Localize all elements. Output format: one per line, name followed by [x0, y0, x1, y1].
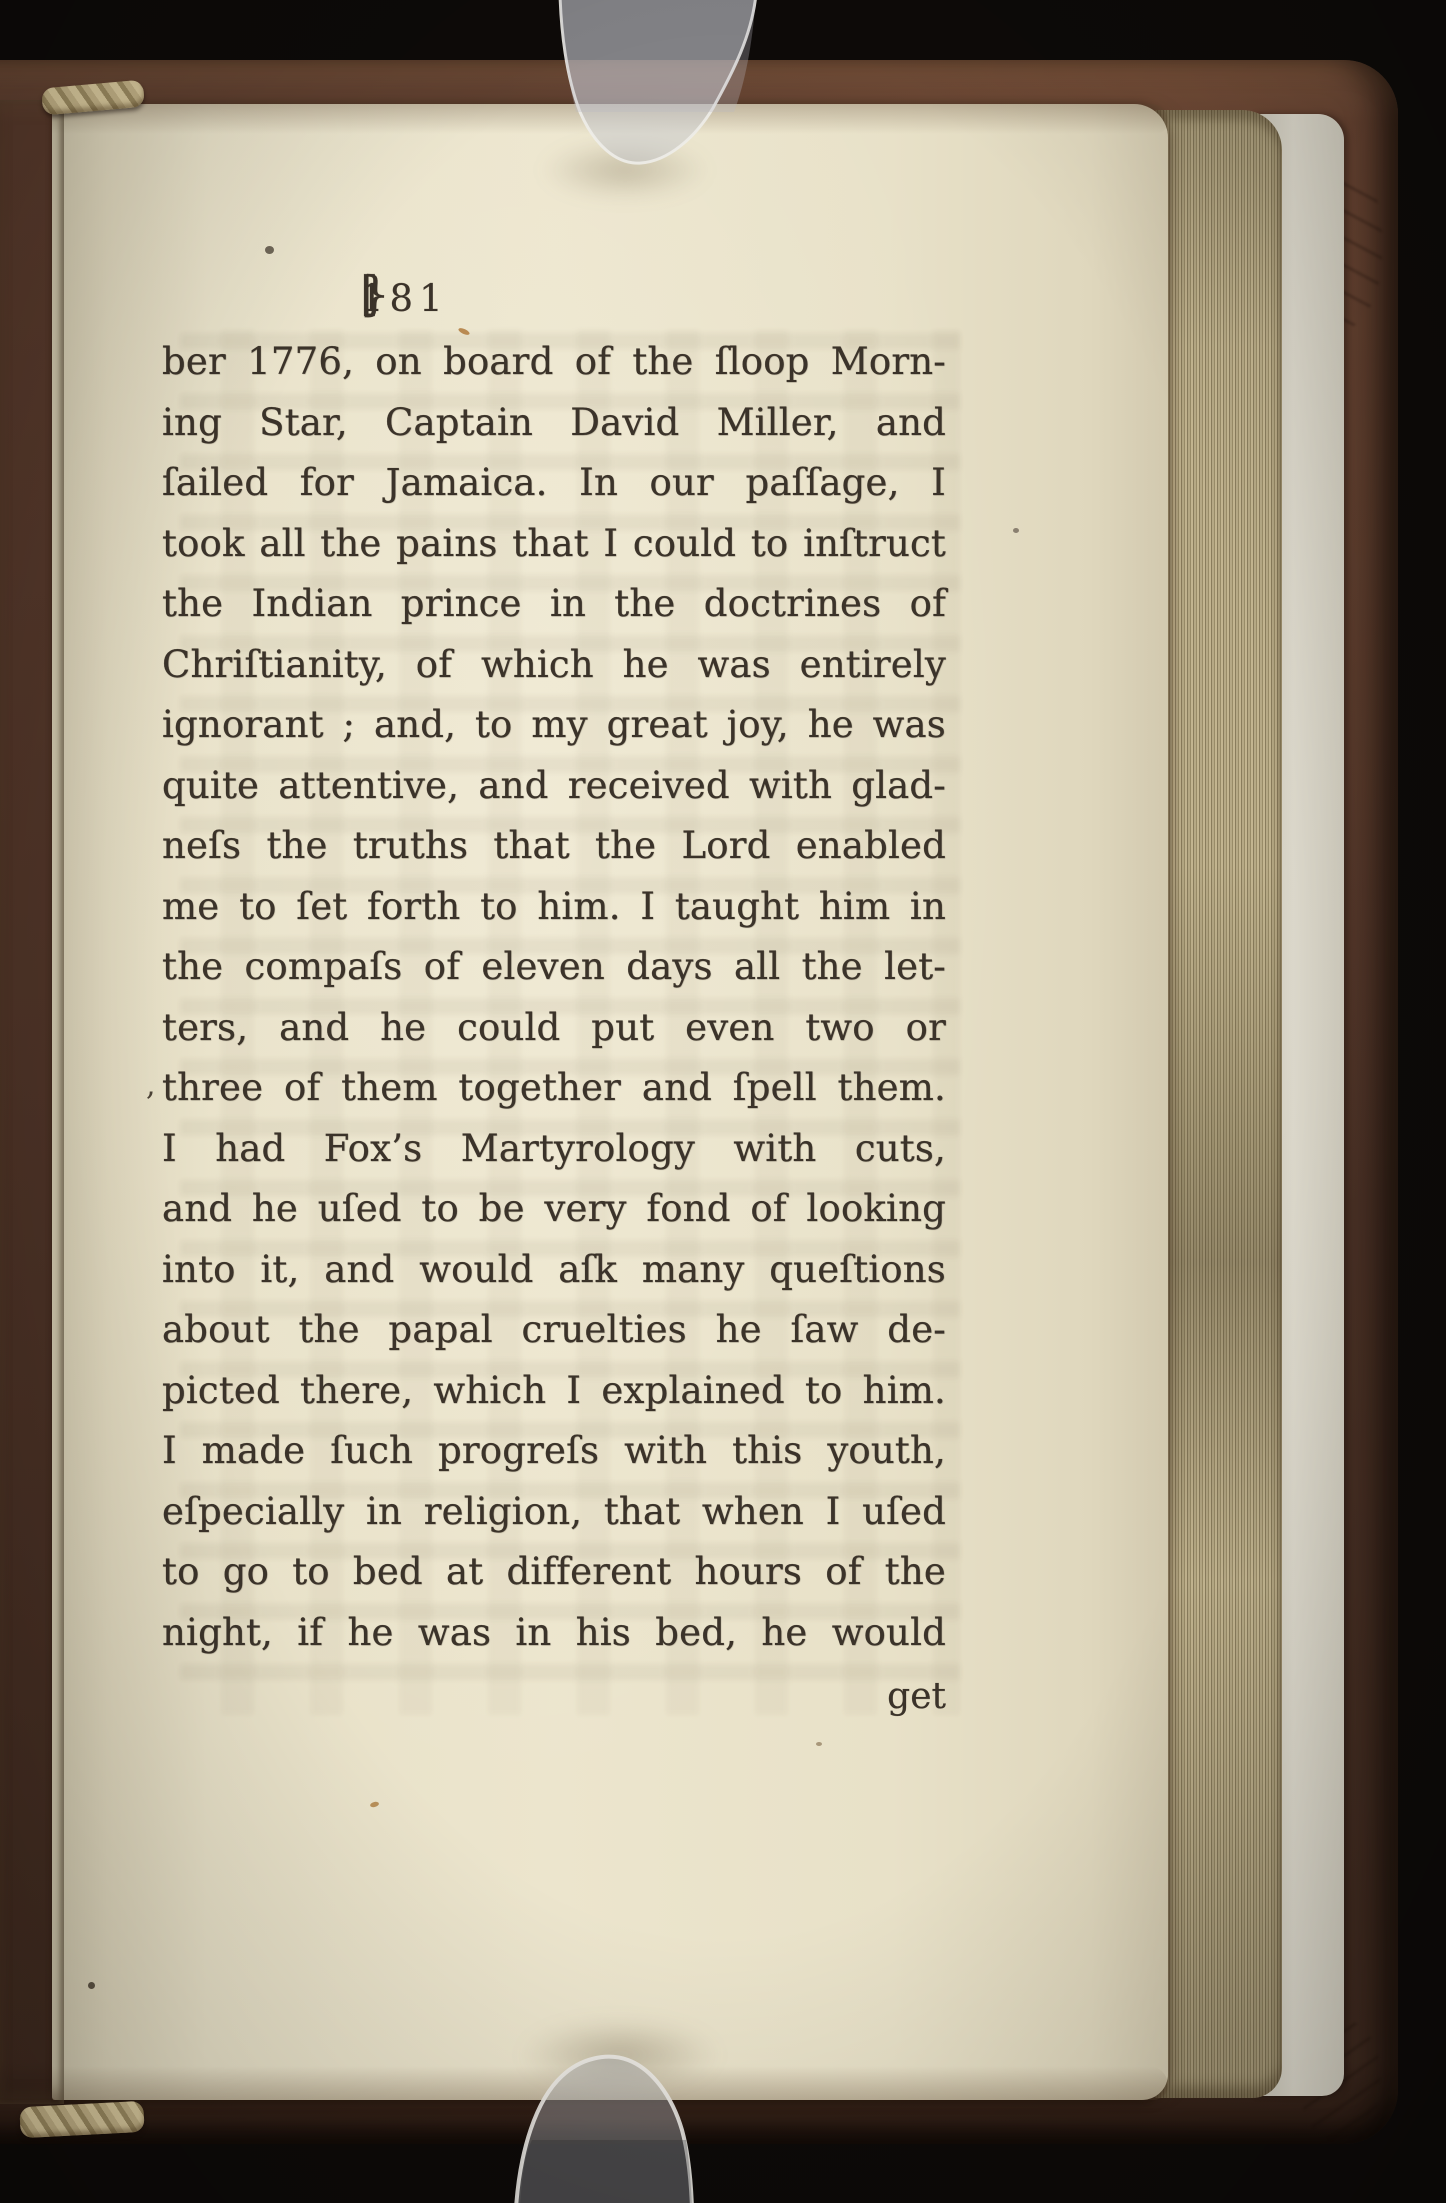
text-line: eſpecially in religion, that when I uſed — [162, 1486, 946, 1538]
text-line: to go to bed at different hours of the — [162, 1546, 946, 1598]
text-line: three of them together and ſpell them. — [162, 1062, 946, 1114]
book-strap-bottom-dark — [520, 2140, 692, 2203]
page-block-fore-edge — [1152, 110, 1282, 2098]
strap-shadow-bottom — [520, 2020, 720, 2090]
text-line: I had Fox’s Martyrology with cuts, — [162, 1123, 946, 1175]
text-line: neſs the truths that the Lord enabled — [162, 820, 946, 872]
text-line: about the papal cruelties he ſaw de- — [162, 1304, 946, 1356]
paper-speck — [88, 1982, 95, 1989]
text-line: into it, and would aſk many queſtions — [162, 1244, 946, 1296]
text-line: the Indian prince in the doctrines of — [162, 578, 946, 630]
text-line: I made ſuch progreſs with this youth, — [162, 1425, 946, 1477]
text-line: ber 1776, on board of the ſloop Morn- — [162, 336, 946, 388]
paper-speck — [816, 1742, 822, 1746]
paper-speck — [1013, 528, 1019, 533]
text-line: quite attentive, and received with glad- — [162, 760, 946, 812]
text-line: and he uſed to be very fond of looking — [162, 1183, 946, 1235]
strap-shadow-top — [540, 140, 710, 200]
text-line: the compaſs of eleven days all the let- — [162, 941, 946, 993]
close-bracket: } — [359, 267, 392, 322]
text-line: me to ſet forth to him. I taught him in — [162, 881, 946, 933]
text-line: picted there, which I explained to him. — [162, 1365, 946, 1417]
text-line: ignorant ; and, to my great joy, he was — [162, 699, 946, 751]
facing-page-edge — [0, 100, 64, 2104]
paper-speck — [265, 246, 274, 254]
stray-ink-mark: , — [146, 1068, 156, 1103]
book-photo: [ 181 } ber 1776, on board of the ſloop … — [0, 0, 1446, 2203]
text-line: ing Star, Captain David Miller, and — [162, 397, 946, 449]
text-line: took all the pains that I could to inſtr… — [162, 518, 946, 570]
text-line: ſailed for Jamaica. In our paſſage, I — [162, 457, 946, 509]
catchword: get — [887, 1676, 946, 1717]
headband-bottom — [19, 2101, 144, 2138]
text-line: ters, and he could put even two or — [162, 1002, 946, 1054]
text-line: night, if he was in his bed, he would — [162, 1607, 946, 1659]
text-line: Chriſtianity, of which he was entirely — [162, 639, 946, 691]
